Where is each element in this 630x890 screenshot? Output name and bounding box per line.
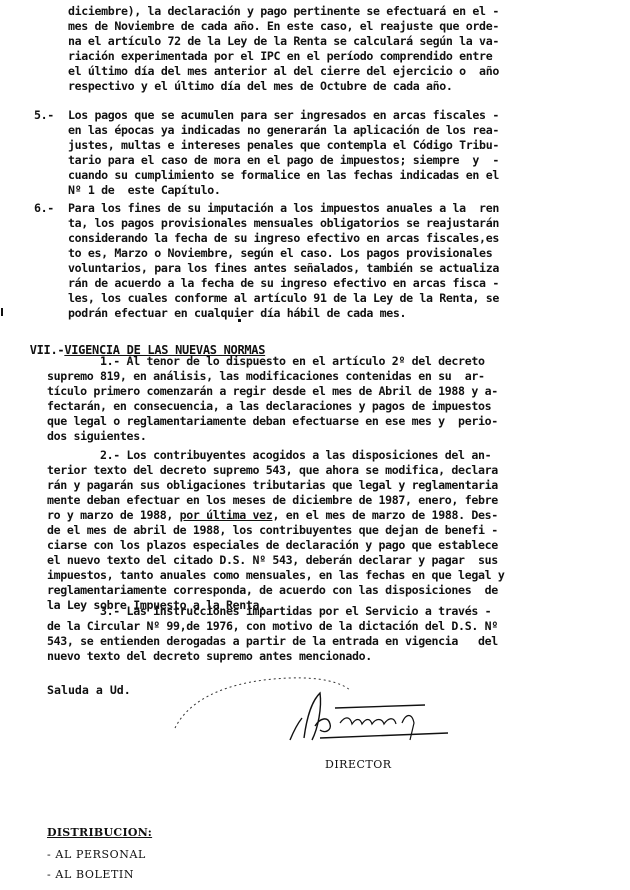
text-line: en las épocas ya indicadas no generarán … [68,123,499,138]
text-line: justes, multas e intereses penales que c… [68,138,499,153]
text-line: Nº 1 de este Capítulo. [68,183,221,198]
text-line: que legal o reglamentariamente deban efe… [47,414,498,429]
text-line: voluntarios, para los fines antes señala… [68,261,499,276]
text-line: impuestos, tanto anuales como mensuales,… [47,568,504,583]
text-line: diciembre), la declaración y pago pertin… [68,4,499,19]
text-line: 3.- Las instrucciones impartidas por el … [47,604,491,619]
signature-icon [170,668,460,763]
text-line: mente deban efectuar en los meses de dic… [47,493,498,508]
text-line: reglamentariamente corresponda, de acuer… [47,583,498,598]
document-page: diciembre), la declaración y pago pertin… [0,0,630,890]
text-line: el último día del mes anterior al del ci… [68,64,499,79]
text-line: Para los fines de su imputación a los im… [68,201,499,216]
distribution-heading: DISTRIBUCION: [47,826,152,839]
signature-title: DIRECTOR [325,758,392,771]
text-segment: , en el mes de marzo de 1988. Des- [272,508,497,522]
text-line: to es, Marzo o Noviembre, según el caso.… [68,246,492,261]
emphasis-underlined: por última vez [180,508,273,522]
distribution-item: - AL BOLETIN [47,868,134,881]
text-line: supremo 819, en análisis, las modificaci… [47,369,485,384]
text-line: de el mes de abril de 1988, los contribu… [47,523,498,538]
text-line: nuevo texto del decreto supremo antes me… [47,649,372,664]
text-line: mes de Noviembre de cada año. En este ca… [68,19,499,34]
text-line: cuando su cumplimiento se formalice en l… [68,168,499,183]
text-line: tario para el caso de mora en el pago de… [68,153,499,168]
closing-greeting: Saluda a Ud. [47,683,131,698]
text-line: de la Circular Nº 99,de 1976, con motivo… [47,619,498,634]
text-line: rán y pagarán sus obligaciones tributari… [47,478,498,493]
text-line: riación experimentada por el IPC en el p… [68,49,492,64]
text-line: tículo primero comenzarán a regir desde … [47,384,498,399]
item-number: 5.- [34,108,54,123]
text-segment: ro y marzo de 1988, [47,508,180,522]
text-line: rán de acuerdo a la fecha de su ingreso … [68,276,499,291]
text-line: fectarán, en consecuencia, a las declara… [47,399,491,414]
text-line: el nuevo texto del citado D.S. Nº 543, d… [47,553,498,568]
text-line: 2.- Los contribuyentes acogidos a las di… [47,448,491,463]
text-line: Los pagos que se acumulen para ser ingre… [68,108,499,123]
text-line: ro y marzo de 1988, por última vez, en e… [47,508,498,523]
text-line: respectivo y el último día del mes de Oc… [68,79,453,94]
text-line: dos siguientes. [47,429,146,444]
scan-artifact [1,308,3,316]
text-line: ta, los pagos provisionales mensuales ob… [68,216,499,231]
scan-artifact [238,319,241,322]
text-line: terior texto del decreto supremo 543, qu… [47,463,498,478]
text-line: na el artículo 72 de la Ley de la Renta … [68,34,499,49]
item-number: 6.- [34,201,54,216]
text-line: considerando la fecha de su ingreso efec… [68,231,499,246]
text-line: 543, se entienden derogadas a partir de … [47,634,498,649]
text-line: 1.- Al tenor de lo dispuesto en el artíc… [47,354,485,369]
distribution-item: - AL PERSONAL [47,848,146,861]
text-line: les, los cuales conforme al artículo 91 … [68,291,499,306]
text-line: ciarse con los plazos especiales de decl… [47,538,498,553]
